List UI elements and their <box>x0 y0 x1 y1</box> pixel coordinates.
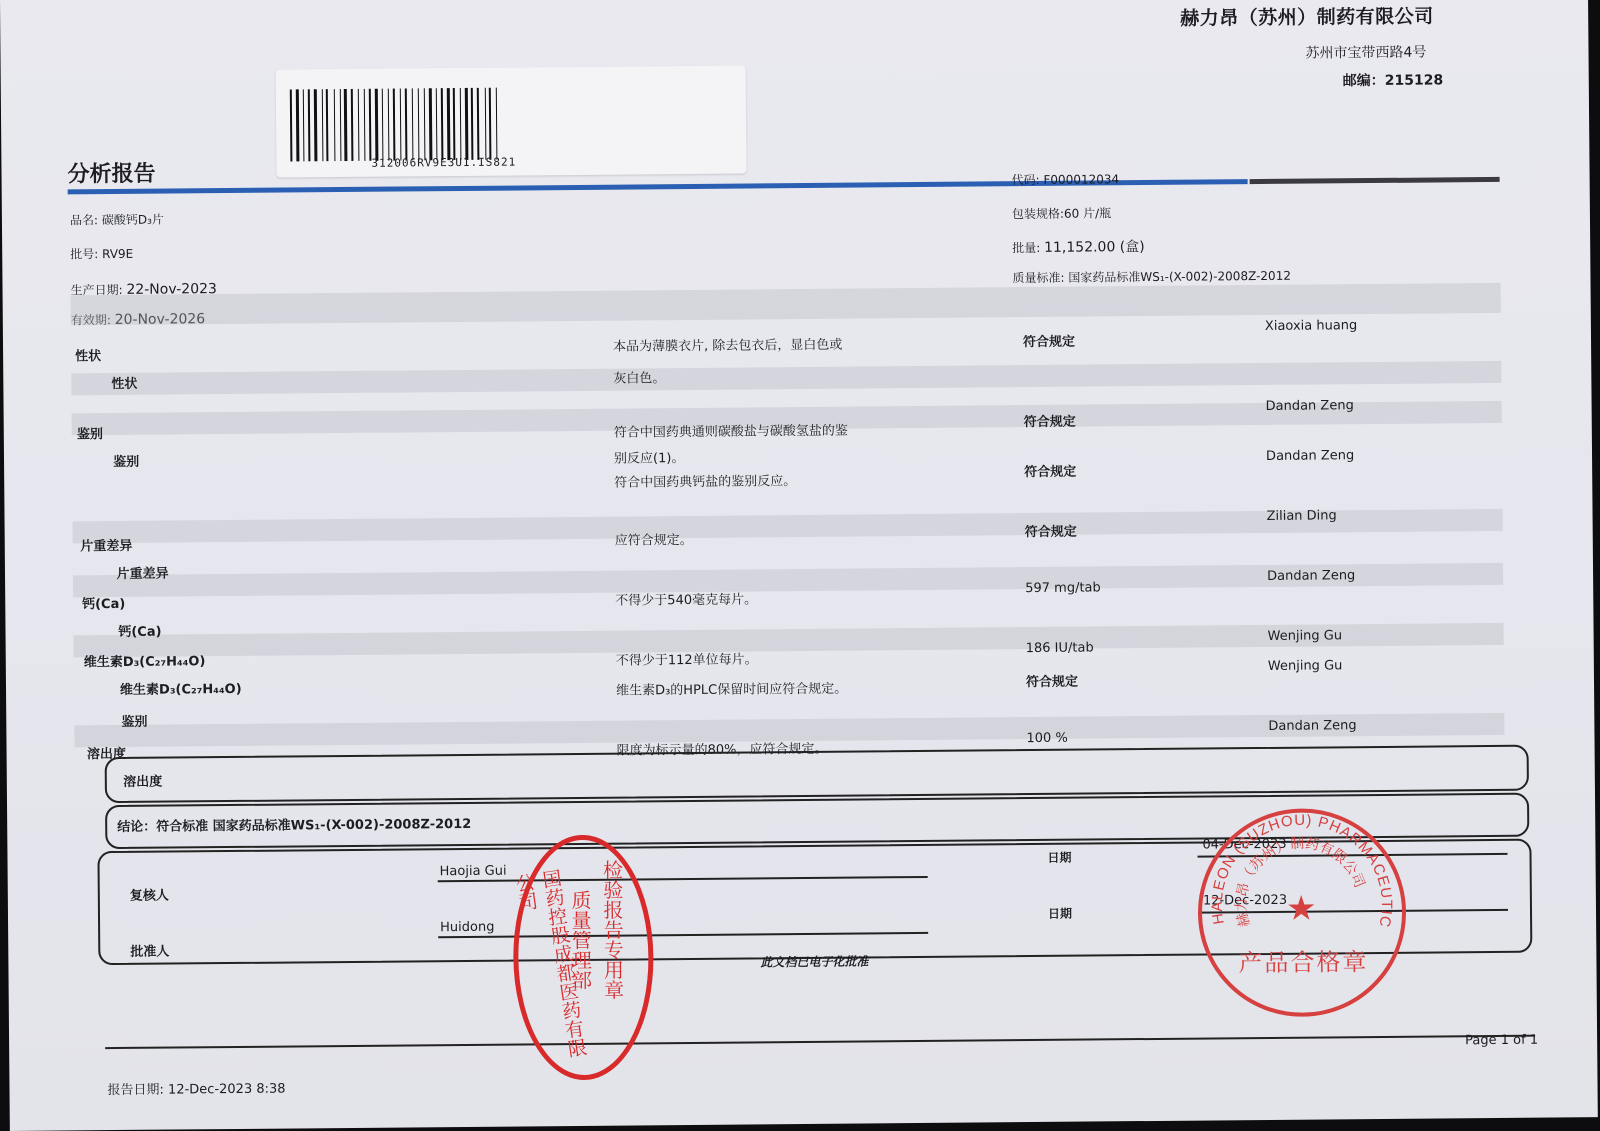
barcode <box>290 87 621 162</box>
barcode-text: 312006RV9E3U1.IS821 <box>371 156 516 170</box>
test-group-label: 片重差异 <box>80 535 132 554</box>
product-name: 品名: 碳酸钙D₃片 <box>70 211 164 229</box>
product-code: 代码: F000012034 <box>1012 170 1120 188</box>
page-title: 分析报告 <box>67 157 155 189</box>
batch-size: 批量: 11,152.00 (盒) <box>1012 236 1145 257</box>
approver-name: Huidong <box>440 920 494 935</box>
test-result: 符合规定 <box>1024 461 1076 480</box>
barcode-label: 312006RV9E3U1.IS821 <box>276 65 747 177</box>
test-specification-cont: 灰白色。 <box>613 364 665 394</box>
test-specification: 应符合规定。 <box>615 526 693 557</box>
test-analyst: Wenjing Gu <box>1268 658 1343 674</box>
product-approval-stamp: HALEON (SUZHOU) PHARMACEUTICAL CO.,LTD. … <box>1197 808 1407 1018</box>
test-result: 符合规定 <box>1023 331 1075 350</box>
test-item-label: 片重差异 <box>117 563 169 582</box>
company-postcode: 邮编：215128 <box>1343 69 1444 90</box>
conclusion-text: 结论：符合标准 国家药品标准WS₁-(X-002)-2008Z-2012 <box>117 813 471 835</box>
package-spec: 包装规格:60 片/瓶 <box>1012 204 1111 222</box>
test-analyst: Wenjing Gu <box>1268 628 1343 644</box>
test-group-label: 性状 <box>75 345 101 364</box>
test-group-label: 鉴别 <box>77 423 103 442</box>
report-date: 报告日期: 12-Dec-2023 8:38 <box>107 1078 285 1099</box>
test-item-label: 钙(Ca) <box>118 621 161 640</box>
test-result: 100 % <box>1026 731 1067 746</box>
test-specification: 符合中国药典钙盐的鉴别反应。 <box>614 467 796 499</box>
test-specification: 维生素D₃的HPLC保留时间应符合规定。 <box>616 675 847 707</box>
test-specification: 本品为薄膜衣片, 除去包衣后，显白色或 <box>613 331 843 363</box>
quality-dept-stamp: 国药控股成都医药有限公司 质量管理部 检验报告专用章 <box>512 834 654 1080</box>
test-result: 597 mg/tab <box>1025 580 1101 596</box>
page-number: Page 1 of 1 <box>1465 1033 1538 1049</box>
test-item-label: 鉴别 <box>121 711 147 730</box>
test-analyst: Dandan Zeng <box>1266 448 1354 464</box>
test-item-label: 维生素D₃(C₂₇H₄₄O) <box>120 678 242 698</box>
test-analyst: Zilian Ding <box>1266 508 1336 524</box>
reviewer-label: 复核人 <box>130 885 169 904</box>
row-band <box>71 361 1501 395</box>
quality-standard: 质量标准: 国家药品标准WS₁-(X-002)-2008Z-2012 <box>1012 267 1291 286</box>
company-address: 苏州市宝带西路4号 <box>1305 42 1426 63</box>
test-group-label: 钙(Ca) <box>82 593 125 612</box>
test-item-label: 性状 <box>111 373 137 392</box>
approver-label: 批准人 <box>130 941 169 960</box>
test-specification: 不得少于540毫克每片。 <box>615 585 757 616</box>
electronic-approval-note: 此文档已电子化批准 <box>760 952 868 970</box>
test-analyst: Dandan Zeng <box>1267 568 1355 584</box>
batch-number: 批号: RV9E <box>70 245 133 263</box>
test-analyst: Xiaoxia huang <box>1265 318 1358 334</box>
test-item-label: 鉴别 <box>113 451 139 470</box>
test-analyst: Dandan Zeng <box>1266 398 1354 414</box>
reviewer-name: Haojia Gui <box>440 864 507 880</box>
approve-date-label: 日期 <box>1048 905 1072 922</box>
test-specification: 不得少于112单位每片。 <box>616 645 758 676</box>
star-icon: ★ <box>1286 889 1317 929</box>
review-date-label: 日期 <box>1047 849 1071 866</box>
test-group-label: 维生素D₃(C₂₇H₄₄O) <box>84 650 206 670</box>
test-result: 186 IU/tab <box>1026 640 1094 656</box>
stamp-bottom-text: 产品合格章 <box>1238 942 1368 978</box>
header-rule-dark <box>1250 177 1500 184</box>
footer-rule <box>105 1035 1535 1049</box>
test-result: 符合规定 <box>1024 411 1076 430</box>
analysis-report-document: 赫力昂（苏州）制药有限公司 苏州市宝带西路4号 邮编：215128 312006… <box>0 0 1598 1131</box>
test-result: 符合规定 <box>1026 671 1078 690</box>
company-name: 赫力昂（苏州）制药有限公司 <box>1180 1 1434 30</box>
test-result: 符合规定 <box>1025 521 1077 540</box>
test-analyst: Dandan Zeng <box>1268 718 1356 734</box>
